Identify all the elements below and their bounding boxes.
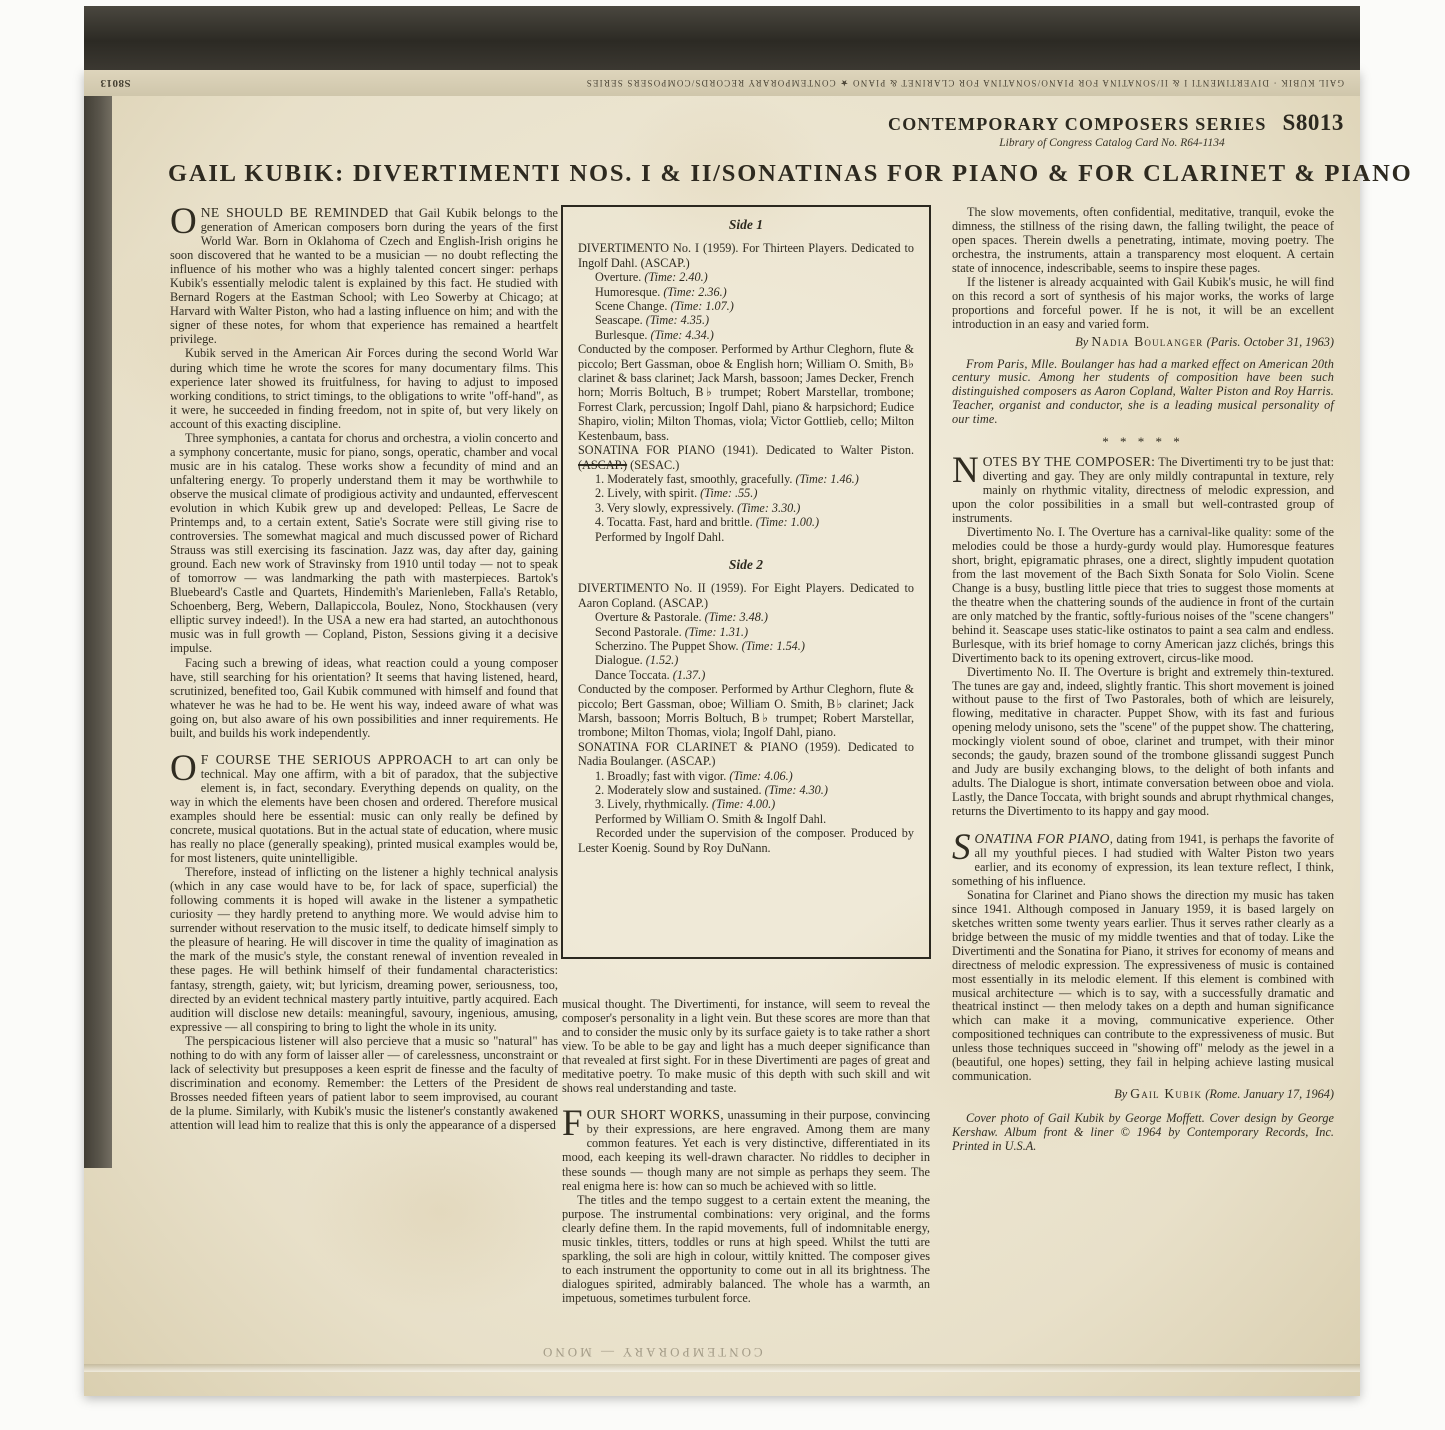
paragraph-divertimento2-notes: Divertimento No. II. The Overture is bri… [952,666,1334,819]
paragraph-of-course: OF COURSE THE SERIOUS APPROACH to art ca… [170,753,558,865]
side2-heading: Side 2 [578,558,914,572]
sonatina-clarinet-title: SONATINA FOR CLARINET & PIANO (1959). De… [578,740,914,769]
series-line: CONTEMPORARY COMPOSERS SERIESS8013 [888,110,1336,136]
track-row: Dance Toccata. (1.37.) [595,668,914,682]
spine-title: GAIL KUBIK · DIVERTIMENTI I & II/SONATIN… [586,78,1344,89]
track-name: 1. Moderately fast, smoothly, gracefully… [595,472,792,486]
lead-caps: OTES BY THE COMPOSER: [983,454,1156,469]
header-block: CONTEMPORARY COMPOSERS SERIESS8013 Libra… [888,110,1336,149]
drop-cap: F [562,1108,587,1139]
paragraph-four-short-works: FOUR SHORT WORKS, unassuming in their pu… [562,1108,930,1192]
track-time: (Time: 4.06.) [729,769,792,783]
lead-caps: OUR SHORT WORKS, [587,1107,724,1122]
spine-text-strip: GAIL KUBIK · DIVERTIMENTI I & II/SONATIN… [84,70,1360,96]
track-row: 2. Lively, with spirit. (Time: .55.) [595,486,914,500]
byline-by: By [1114,1087,1127,1101]
track-name: Overture & Pastorale. [595,610,702,624]
asterisk-separator: * * * * * [952,435,1334,449]
byline-date: (Rome. January 17, 1964) [1205,1087,1334,1101]
series-name: CONTEMPORARY COMPOSERS SERIES [888,114,1267,134]
paragraph-air-forces: Kubik served in the American Air Forces … [170,346,558,430]
spine-row: GAIL KUBIK · DIVERTIMENTI I & II/SONATIN… [84,77,1360,89]
sonatina-clarinet-performers: Performed by William O. Smith & Ingolf D… [595,812,914,826]
cover-credits: Cover photo of Gail Kubik by George Moff… [952,1112,1334,1154]
track-time: (Time: 1.31.) [685,625,748,639]
sesac-correction: (SESAC.) [627,458,679,472]
track-time: (Time: 4.30.) [765,783,828,797]
library-of-congress-line: Library of Congress Catalog Card No. R64… [888,137,1336,149]
drop-cap: S [952,832,975,863]
paragraph-notes-by-composer: NOTES BY THE COMPOSER: The Divertimenti … [952,455,1334,526]
track-name: 2. Moderately slow and sustained. [595,783,762,797]
paragraph-titles-tempo: The titles and the tempo suggest to a ce… [562,1193,930,1305]
paragraph-one-should: ONE SHOULD BE REMINDED that Gail Kubik b… [170,206,558,346]
track-name: 1. Broadly; fast with vigor. [595,769,726,783]
side1-heading: Side 1 [578,218,914,232]
track-time: (Time: 2.36.) [663,285,726,299]
track-time: (Time: 3.30.) [737,501,800,515]
boulanger-byline: By Nadia Boulanger (Paris. October 31, 1… [952,335,1334,350]
paragraph-perspicacious: The perspicacious listener will also per… [170,1034,558,1132]
track-row: Overture. (Time: 2.40.) [595,270,914,284]
photo-background: GAIL KUBIK · DIVERTIMENTI I & II/SONATIN… [0,0,1445,1430]
byline-date: (Paris. October 31, 1963) [1207,335,1334,349]
sonatina-piano-performer: Performed by Ingolf Dahl. [595,530,914,544]
paragraph-therefore: Therefore, instead of inflicting on the … [170,865,558,1034]
track-row: Overture & Pastorale. (Time: 3.48.) [595,610,914,624]
track-time: (Time: 4.00.) [712,797,775,811]
track-name: Scene Change. [595,299,667,313]
boulanger-bio-note: From Paris, Mlle. Boulanger has had a ma… [952,358,1334,428]
track-name: 3. Very slowly, expressively. [595,501,734,515]
track-name: Second Pastorale. [595,625,682,639]
byline-by: By [1075,335,1088,349]
track-name: Burlesque. [595,328,647,342]
bottom-flipped-label: CONTEMPORARY — MONO [540,1344,763,1360]
track-row: Scherzino. The Puppet Show. (Time: 1.54.… [595,639,914,653]
paragraph-slow-movements: The slow movements, often confidential, … [952,206,1334,276]
title-text: SONATINA FOR PIANO (1941). Dedicated to … [578,443,914,457]
middle-column-lower: musical thought. The Divertimenti, for i… [562,997,930,1305]
spine-catalog-number: S8013 [100,77,131,89]
track-name: Dance Toccata. [595,668,670,682]
struck-ascap: (ASCAP.) [578,458,627,472]
byline-name: Gail Kubik [1130,1086,1202,1101]
track-row: 3. Very slowly, expressively. (Time: 3.3… [595,501,914,515]
track-time: (Time: 1.00.) [756,515,819,529]
album-title: GAIL KUBIK: DIVERTIMENTI NOS. I & II/SON… [168,160,1338,188]
track-row: Burlesque. (Time: 4.34.) [595,328,914,342]
track-time: (Time: 1.46.) [795,472,858,486]
byline-name: Nadia Boulanger [1091,334,1203,349]
paragraph-musical-thought: musical thought. The Divertimenti, for i… [562,997,930,1095]
paragraph-if-listener: If the listener is already acquainted wi… [952,276,1334,332]
track-time: (Time: 3.48.) [705,610,768,624]
divertimento2-title: DIVERTIMENTO No. II (1959). For Eight Pl… [578,581,914,610]
track-time: (Time: 2.40.) [644,270,707,284]
divertimento2-performers: Conducted by the composer. Performed by … [578,682,914,740]
track-name: Overture. [595,270,641,284]
lead-caps: F COURSE THE SERIOUS APPROACH [201,752,453,767]
track-row: 1. Broadly; fast with vigor. (Time: 4.06… [595,769,914,783]
track-row: Second Pastorale. (Time: 1.31.) [595,625,914,639]
production-note: Recorded under the supervision of the co… [578,826,914,855]
track-name: Scherzino. The Puppet Show. [595,639,739,653]
track-time: (1.52.) [646,653,679,667]
track-time: (1.37.) [673,668,706,682]
track-name: 2. Lively, with spirit. [595,486,697,500]
tracklist-box: Side 1 DIVERTIMENTO No. I (1959). For Th… [561,205,931,959]
track-name: Dialogue. [595,653,643,667]
catalog-number: S8013 [1283,110,1344,135]
track-row: 3. Lively, rhythmically. (Time: 4.00.) [595,797,914,811]
kubik-byline: By Gail Kubik (Rome. January 17, 1964) [952,1087,1334,1102]
paragraph-divertimento1-notes: Divertimento No. I. The Overture has a c… [952,526,1334,666]
track-row: Scene Change. (Time: 1.07.) [595,299,914,313]
track-name: 3. Lively, rhythmically. [595,797,709,811]
track-row: Humoresque. (Time: 2.36.) [595,285,914,299]
track-time: (Time: 4.34.) [651,328,714,342]
paragraph-three-symphonies: Three symphonies, a cantata for chorus a… [170,431,558,656]
drop-cap: O [170,206,201,237]
lead-caps: ONATINA FOR PIANO [975,831,1110,846]
sleeve-left-edge [84,70,112,1168]
right-column: The slow movements, often confidential, … [952,206,1334,1154]
divertimento1-performers: Conducted by the composer. Performed by … [578,342,914,443]
drop-cap: N [952,455,983,486]
drop-cap: O [170,753,201,784]
left-column: ONE SHOULD BE REMINDED that Gail Kubik b… [170,206,558,1132]
track-row: 2. Moderately slow and sustained. (Time:… [595,783,914,797]
track-row: Dialogue. (1.52.) [595,653,914,667]
track-time: (Time: 4.35.) [646,313,709,327]
track-time: (Time: 1.54.) [742,639,805,653]
sonatina-piano-title: SONATINA FOR PIANO (1941). Dedicated to … [578,443,914,472]
sleeve-top-edge [84,6,1360,70]
paragraph-text: to art can only be technical. May one af… [170,753,558,865]
track-row: 1. Moderately fast, smoothly, gracefully… [595,472,914,486]
paragraph-sonatina-clarinet-notes: Sonatina for Clarinet and Piano shows th… [952,889,1334,1084]
divertimento1-title: DIVERTIMENTO No. I (1959). For Thirteen … [578,241,914,270]
track-name: Humoresque. [595,285,660,299]
track-time: (Time: .55.) [700,486,757,500]
paragraph-facing-brewing: Facing such a brewing of ideas, what rea… [170,656,558,740]
paragraph-text: that Gail Kubik belongs to the generatio… [170,206,558,346]
track-time: (Time: 1.07.) [670,299,733,313]
paragraph-sonatina-piano-notes: SONATINA FOR PIANO, dating from 1941, is… [952,832,1334,889]
track-name: Seascape. [595,313,643,327]
lead-caps: NE SHOULD BE REMINDED [201,205,389,220]
track-name: 4. Tocatta. Fast, hard and brittle. [595,515,753,529]
track-row: 4. Tocatta. Fast, hard and brittle. (Tim… [595,515,914,529]
track-row: Seascape. (Time: 4.35.) [595,313,914,327]
